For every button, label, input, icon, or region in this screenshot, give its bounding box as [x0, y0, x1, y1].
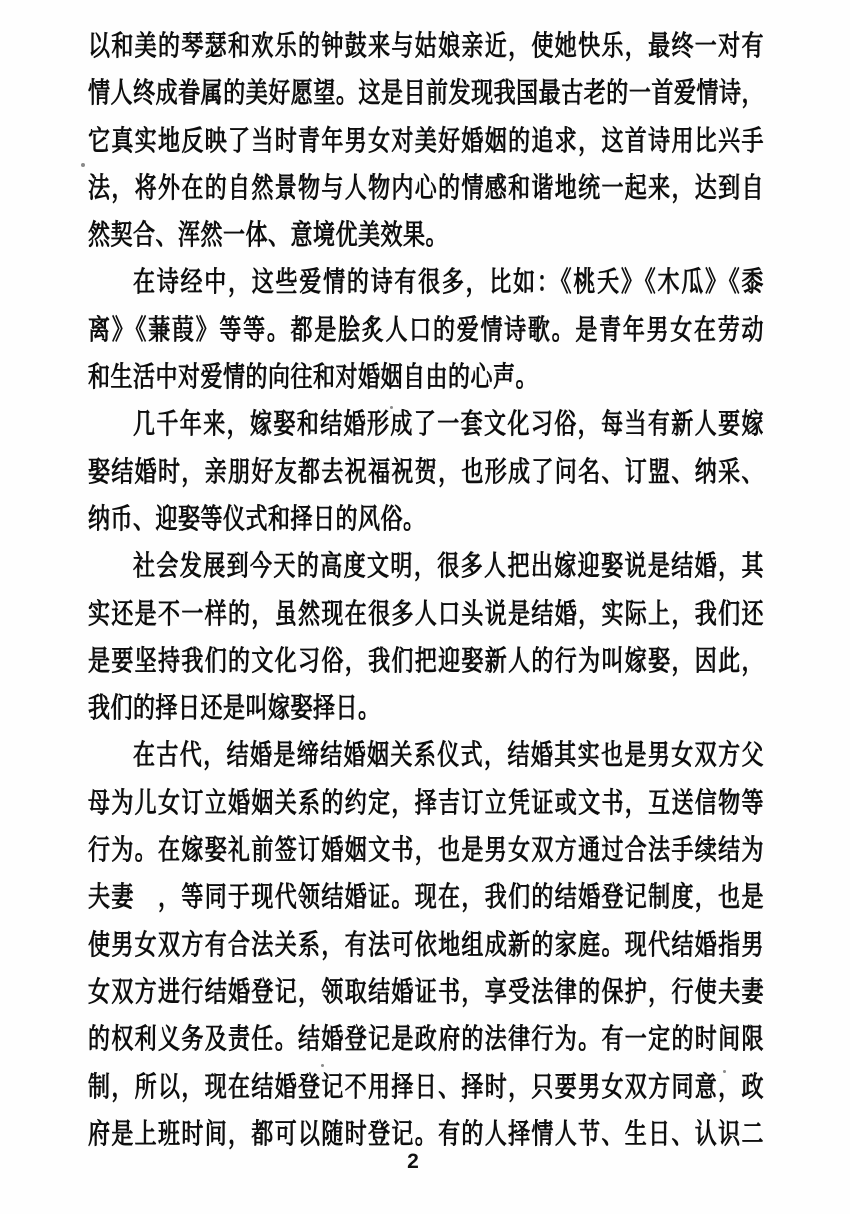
- paragraph: 在古代，结婚是缔结婚姻关系仪式，结婚其实也是男女双方父 母为儿女订立婚姻关系的约…: [88, 731, 764, 1157]
- scan-speck: [81, 163, 85, 167]
- document-text: 以和美的琴瑟和欢乐的钟鼓来与姑娘亲近，使她快乐，最终一对有 情人终成眷属的美好愿…: [88, 22, 764, 1157]
- page-number: 2: [88, 1142, 738, 1182]
- scan-speck: [321, 1064, 324, 1067]
- paragraph: 几千年来，嫁娶和结婚形成了一套文化习俗，每当有新人要嫁 娶结婚时，亲朋好友都去祝…: [88, 400, 764, 542]
- scan-speck: [390, 406, 393, 409]
- paragraph: 在诗经中，这些爱情的诗有很多，比如：《桃夭》《木瓜》《黍 离》《蒹葭》等等。都是…: [88, 258, 764, 400]
- scan-speck: [723, 1070, 726, 1073]
- paragraph: 社会发展到今天的高度文明，很多人把出嫁迎娶说是结婚，其 实还是不一样的，虽然现在…: [88, 542, 764, 731]
- document-page: 以和美的琴瑟和欢乐的钟鼓来与姑娘亲近，使她快乐，最终一对有 情人终成眷属的美好愿…: [0, 0, 850, 1214]
- paragraph: 以和美的琴瑟和欢乐的钟鼓来与姑娘亲近，使她快乐，最终一对有 情人终成眷属的美好愿…: [88, 22, 764, 258]
